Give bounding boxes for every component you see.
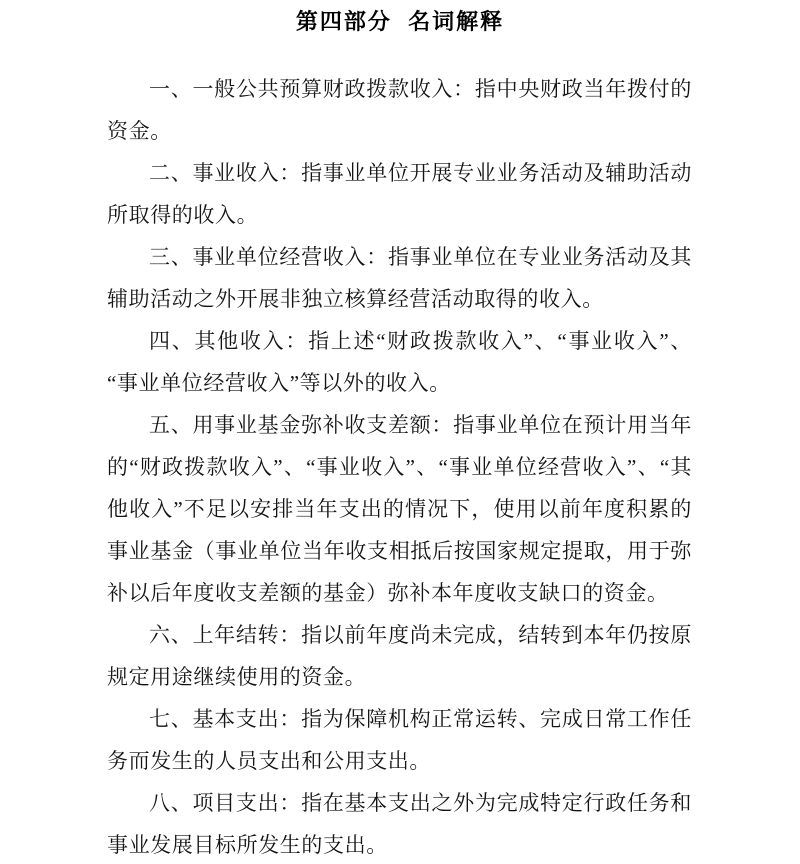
document-page: 第四部分 名词解释 一、一般公共预算财政拨款收入：指中央财政当年拨付的资金。 二…: [0, 0, 800, 864]
paragraph-term-5: 五、用事业基金弥补收支差额：指事业单位在预计用当年的“财政拨款收入”、“事业收入…: [107, 404, 692, 614]
paragraph-term-7: 七、基本支出：指为保障机构正常运转、完成日常工作任务而发生的人员支出和公用支出。: [107, 698, 692, 782]
paragraph-term-4: 四、其他收入：指上述“财政拨款收入”、“事业收入”、“事业单位经营收入”等以外的…: [107, 320, 692, 404]
paragraph-term-8: 八、项目支出：指在基本支出之外为完成特定行政任务和事业发展目标所发生的支出。: [107, 782, 692, 864]
paragraph-term-2: 二、事业收入：指事业单位开展专业业务活动及辅助活动所取得的收入。: [107, 152, 692, 236]
page-title: 第四部分 名词解释: [0, 0, 800, 34]
paragraph-term-3: 三、事业单位经营收入：指事业单位在专业业务活动及其辅助活动之外开展非独立核算经营…: [107, 236, 692, 320]
paragraph-term-6: 六、上年结转：指以前年度尚未完成，结转到本年仍按原规定用途继续使用的资金。: [107, 614, 692, 698]
document-body: 一、一般公共预算财政拨款收入：指中央财政当年拨付的资金。 二、事业收入：指事业单…: [107, 68, 692, 864]
paragraph-term-1: 一、一般公共预算财政拨款收入：指中央财政当年拨付的资金。: [107, 68, 692, 152]
